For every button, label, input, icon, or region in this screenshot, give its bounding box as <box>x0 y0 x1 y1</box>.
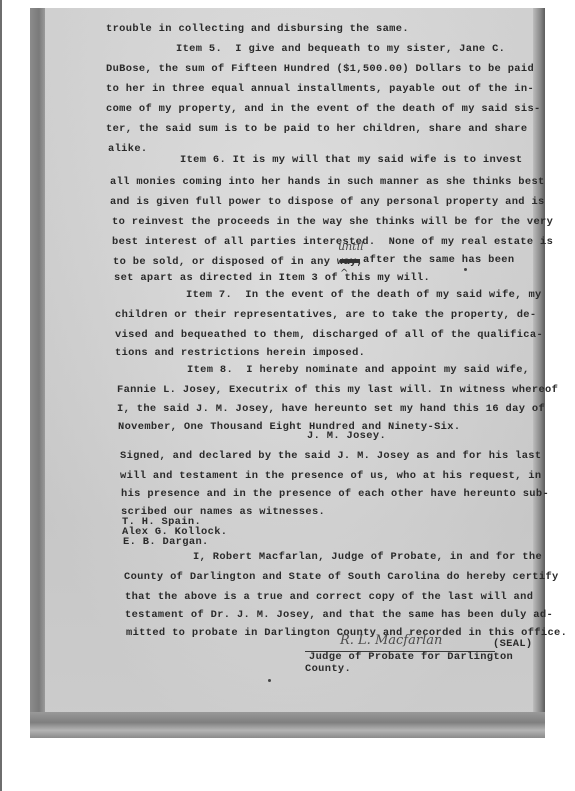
text-line: vised and bequeathed to them, discharged… <box>115 329 543 341</box>
text-line: testament of Dr. J. M. Josey, and that t… <box>125 609 553 621</box>
text-line: County of Darlington and State of South … <box>124 571 559 583</box>
text-line: best interest of all parties interested.… <box>112 236 553 248</box>
judge-title: Judge of Probate for Darlington <box>309 651 513 663</box>
text-line: to reinvest the proceeds in the way she … <box>112 216 553 228</box>
text-line: Signed, and declared by the said J. M. J… <box>120 450 541 462</box>
text-line: will and testament in the presence of us… <box>120 470 541 482</box>
scan-speck <box>464 268 467 271</box>
text-line: I, the said J. M. Josey, have hereunto s… <box>117 403 545 415</box>
testator-signature: J. M. Josey. <box>307 430 386 442</box>
item-7-heading: Item 7. In the event of the death of my … <box>186 289 542 301</box>
scan-speck <box>268 679 271 682</box>
seal-label: (SEAL) <box>493 638 533 650</box>
handwritten-insertion: until <box>338 240 364 253</box>
text-line: come of my property, and in the event of… <box>106 103 541 115</box>
text-line: alike. <box>108 143 148 155</box>
probate-certification: I, Robert Macfarlan, Judge of Probate, i… <box>193 551 542 563</box>
text-line: that the above is a true and correct cop… <box>125 591 533 603</box>
text-line: November, One Thousand Eight Hundred and… <box>118 421 460 433</box>
witness-name: E. B. Dargan. <box>123 536 209 548</box>
judge-title-county: County. <box>305 663 351 675</box>
text-line: trouble in collecting and disbursing the… <box>106 23 409 35</box>
item-6-heading: Item 6. It is my will that my said wife … <box>180 154 522 166</box>
text-line: all monies coming into her hands in such… <box>110 176 545 188</box>
text-line: to her in three equal annual installment… <box>106 83 534 95</box>
text-line: DuBose, the sum of Fifteen Hundred ($1,5… <box>106 63 534 75</box>
text-line: and is given full power to dispose of an… <box>110 196 545 208</box>
text-line: his presence and in the presence of each… <box>121 488 549 500</box>
page-border-bottom <box>30 712 545 738</box>
scan-edge <box>0 0 2 791</box>
page-border-left <box>30 8 45 738</box>
text-line: after the same has been <box>363 254 514 266</box>
struck-out-word <box>340 259 360 263</box>
text-line: to be sold, or disposed of in any way, <box>113 256 363 268</box>
text-line: children or their representatives, are t… <box>115 309 536 321</box>
item-8-heading: Item 8. I hereby nominate and appoint my… <box>187 364 529 376</box>
text-line: tions and restrictions herein imposed. <box>115 347 365 359</box>
item-5-heading: Item 5. I give and bequeath to my sister… <box>176 43 505 55</box>
text-line: Fannie L. Josey, Executrix of this my la… <box>117 384 558 396</box>
text-line: set apart as directed in Item 3 of this … <box>114 272 430 284</box>
judge-signature: R. L. Macfarlan <box>340 633 442 648</box>
text-line: ter, the said sum is to be paid to her c… <box>106 123 527 135</box>
